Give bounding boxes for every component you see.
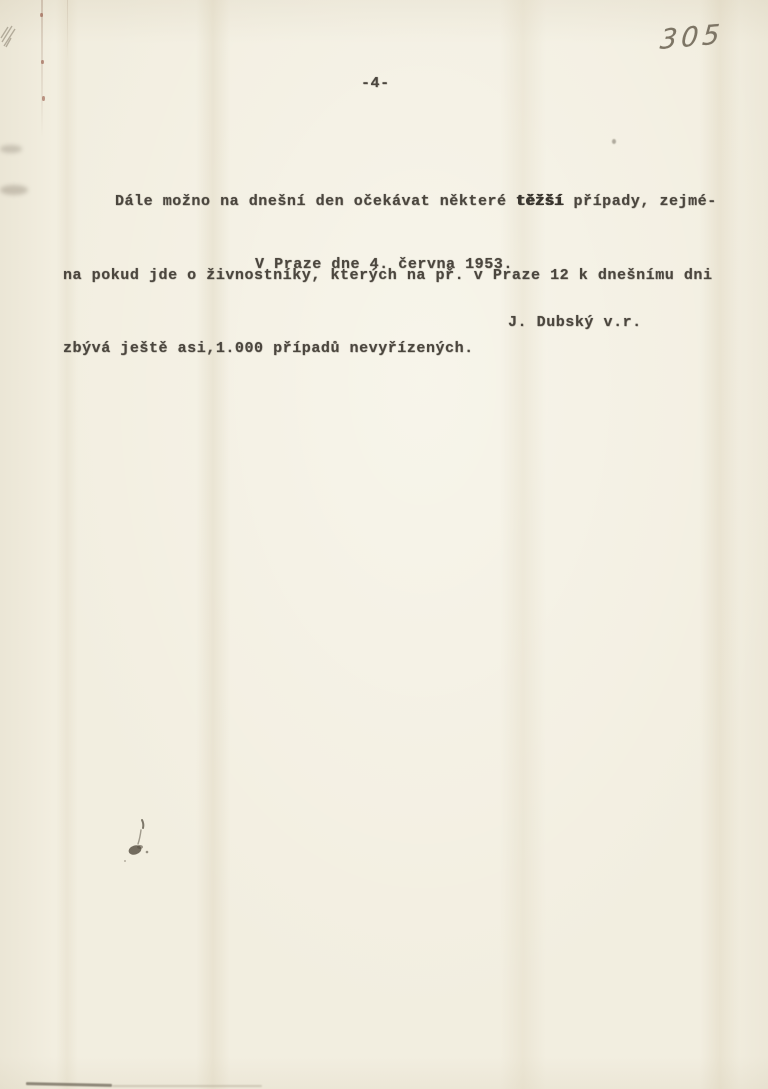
- scanned-document-page: -4- 305 Dále možno na dnešní den očekáva…: [0, 0, 768, 1089]
- pencil-scribble-mark: [0, 16, 26, 56]
- line1-overstruck-word: těžší: [516, 193, 564, 210]
- dateline: V Praze dne 4. června 1953.: [255, 253, 513, 278]
- edge-smudge: [0, 185, 28, 195]
- paragraph-line-1: Dále možno na dnešní den očekávat někter…: [63, 190, 743, 215]
- edge-smudge: [0, 145, 22, 153]
- handwritten-number: 305: [659, 19, 725, 56]
- paragraph-line-3: zbývá ještě asi,1.000 případů nevyřízený…: [63, 337, 743, 362]
- ink-blot: [118, 806, 178, 876]
- paper-crease: [67, 0, 68, 60]
- scan-artifact-line-faint: [112, 1085, 262, 1087]
- paper-speck: [41, 60, 44, 64]
- line1-text: Dále možno na dnešní den očekávat někter…: [115, 193, 516, 210]
- paper-crease: [41, 0, 43, 138]
- scan-artifact-line: [26, 1082, 112, 1086]
- page-number: -4-: [361, 72, 390, 97]
- paper-speck: [42, 96, 45, 101]
- paper-speck: [40, 13, 43, 17]
- line1-text-end: případy, zejmé-: [564, 193, 717, 210]
- signature: J. Dubský v.r.: [508, 311, 642, 336]
